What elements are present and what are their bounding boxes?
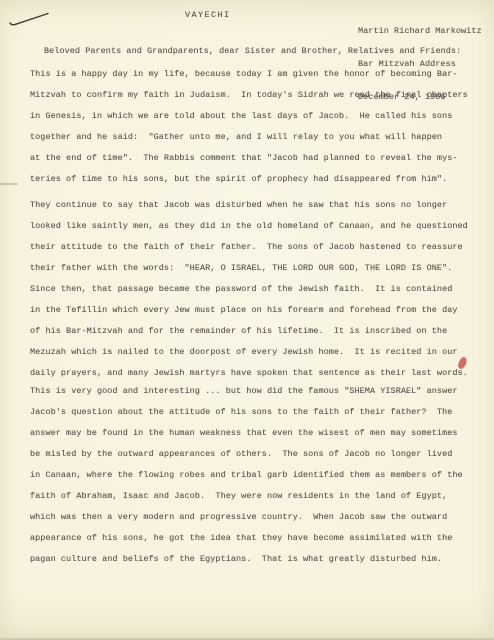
document-title: VAYECHI (185, 10, 231, 21)
salutation-line: Beloved Parents and Grandparents, dear S… (44, 41, 494, 62)
paragraph-2: They continue to say that Jacob was dist… (30, 195, 492, 384)
header-author-line: Martin Richard Markowitz (358, 26, 482, 37)
scanned-document-page: VAYECHI Martin Richard Markowitz Bar Mit… (0, 0, 494, 640)
paragraph-1: This is a happy day in my life, because … (30, 64, 492, 190)
paragraph-3: This is very good and interesting ... bu… (30, 381, 492, 570)
pen-scratch-icon (7, 9, 51, 27)
scan-edge-artifact (0, 183, 18, 185)
